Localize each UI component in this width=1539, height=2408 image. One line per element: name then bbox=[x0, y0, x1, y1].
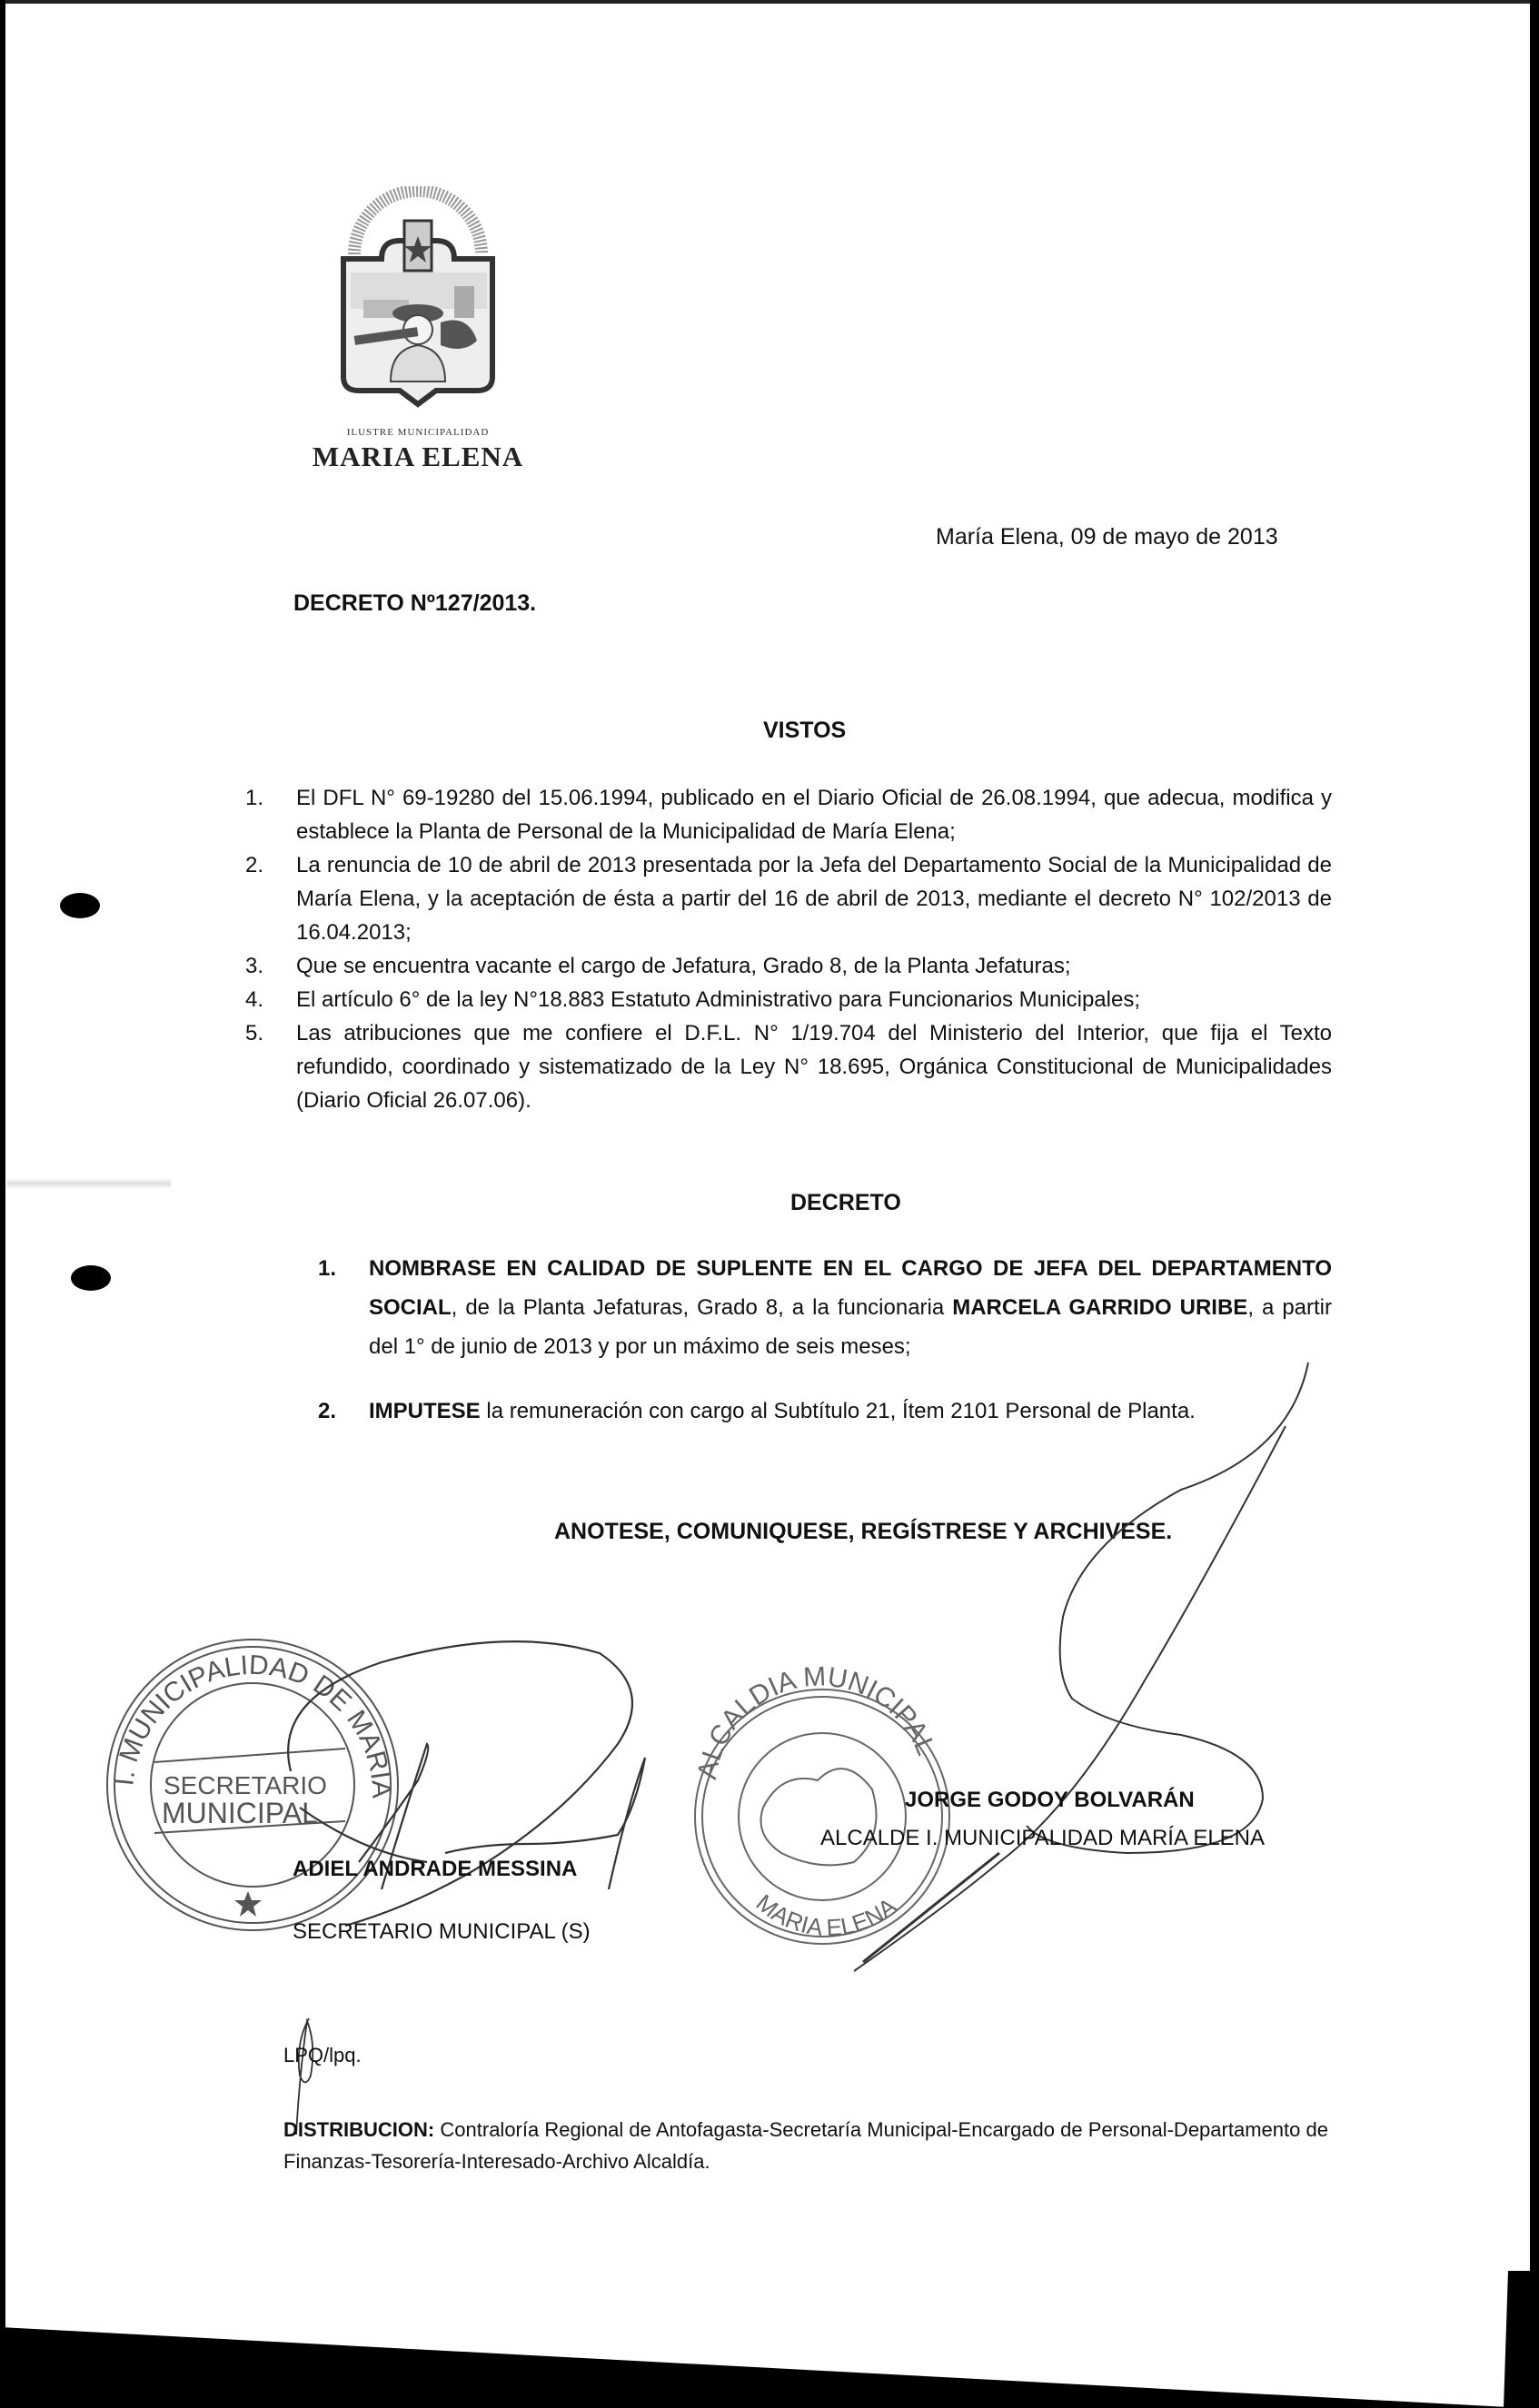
coat-of-arms-icon bbox=[327, 186, 509, 413]
item-text: Que se encuentra vacante el cargo de Jef… bbox=[296, 954, 1071, 978]
decreto-heading: DECRETO bbox=[790, 1190, 901, 1216]
item-number: 5. bbox=[245, 1016, 263, 1050]
scan-left-edge bbox=[0, 0, 5, 2408]
vistos-item: 5.Las atribuciones que me confiere el D.… bbox=[245, 1016, 1332, 1117]
mayor-name: JORGE GODOY BOLVARÁN bbox=[905, 1788, 1195, 1813]
item-number: 4. bbox=[245, 983, 263, 1016]
scan-right-edge bbox=[1530, 0, 1539, 2408]
item-text: La renuncia de 10 de abril de 2013 prese… bbox=[296, 853, 1332, 945]
punch-hole bbox=[60, 893, 100, 918]
scan-bottom-edge bbox=[0, 2271, 1539, 2408]
vistos-item: 3.Que se encuentra vacante el cargo de J… bbox=[245, 949, 1332, 983]
vistos-list: 1.El DFL N° 69-19280 del 15.06.1994, pub… bbox=[245, 781, 1332, 1117]
distribution-list: DISTRIBUCION: Contraloría Regional de An… bbox=[283, 2114, 1328, 2177]
vistos-heading: VISTOS bbox=[763, 718, 846, 744]
stamps-and-signatures: I. MUNICIPALIDAD DE MARIA ELENA SECRETAR… bbox=[0, 0, 1539, 2408]
closing-formula: ANOTESE, COMUNIQUESE, REGÍSTRESE Y ARCHI… bbox=[554, 1519, 1172, 1545]
item-number: 2. bbox=[245, 848, 263, 882]
secretary-title: SECRETARIO MUNICIPAL (S) bbox=[293, 1919, 591, 1945]
municipal-logo: ILUSTRE MUNICIPALIDAD MARIA ELENA bbox=[323, 186, 513, 450]
secretary-signature bbox=[288, 1641, 645, 1926]
item-number: 1. bbox=[245, 781, 263, 815]
document-date: María Elena, 09 de mayo de 2013 bbox=[936, 524, 1278, 550]
decreto-item: 1.NOMBRASE EN CALIDAD DE SUPLENTE EN EL … bbox=[318, 1249, 1332, 1366]
punch-hole bbox=[71, 1265, 111, 1291]
item-text: la remuneración con cargo al Subtítulo 2… bbox=[481, 1399, 1196, 1423]
scan-streak bbox=[7, 1178, 171, 1189]
secretary-stamp-line1: SECRETARIO bbox=[164, 1771, 327, 1799]
item-text: El DFL N° 69-19280 del 15.06.1994, publi… bbox=[296, 786, 1332, 844]
item-number: 1. bbox=[318, 1249, 336, 1288]
scan-top-edge bbox=[0, 0, 1539, 4]
distribution-label: DISTRIBUCION: bbox=[283, 2118, 434, 2141]
item-number: 2. bbox=[318, 1392, 336, 1431]
typist-initials: LPQ/lpq. bbox=[283, 2044, 362, 2067]
mayor-stamp-top-text: ALCALDIA MUNICIPAL bbox=[692, 1661, 941, 1781]
decreto-item: 2.IMPUTESE la remuneración con cargo al … bbox=[318, 1392, 1332, 1431]
item-number: 3. bbox=[245, 949, 263, 983]
mayor-stamp-bottom-text: MARIA ELENA bbox=[751, 1888, 902, 1941]
item-text: , de la Planta Jefaturas, Grado 8, a la … bbox=[452, 1295, 953, 1320]
distribution-text: Contraloría Regional de Antofagasta-Secr… bbox=[283, 2118, 1328, 2173]
item-bold-lead: IMPUTESE bbox=[369, 1399, 481, 1423]
vistos-item: 1.El DFL N° 69-19280 del 15.06.1994, pub… bbox=[245, 781, 1332, 848]
mayor-title: ALCALDE I. MUNICIPALIDAD MARÍA ELENA bbox=[820, 1826, 1265, 1851]
star-icon bbox=[234, 1891, 262, 1917]
item-text: Las atribuciones que me confiere el D.F.… bbox=[296, 1021, 1332, 1113]
mayor-stamp bbox=[695, 1690, 949, 1944]
secretary-stamp bbox=[107, 1640, 398, 1930]
logo-name: MARIA ELENA bbox=[304, 441, 531, 473]
secretary-stamp-line2: MUNICIPAL bbox=[162, 1797, 318, 1829]
secretary-name: ADIEL ANDRADE MESSINA bbox=[293, 1857, 577, 1882]
vistos-item: 4.El artículo 6° de la ley N°18.883 Esta… bbox=[245, 983, 1332, 1016]
appointee-name: MARCELA GARRIDO URIBE bbox=[952, 1295, 1247, 1320]
decree-number: DECRETO Nº127/2013. bbox=[293, 590, 536, 617]
item-text: El artículo 6° de la ley N°18.883 Estatu… bbox=[296, 987, 1140, 1012]
logo-subtitle: ILUSTRE MUNICIPALIDAD bbox=[323, 427, 513, 438]
decreto-list: 1.NOMBRASE EN CALIDAD DE SUPLENTE EN EL … bbox=[318, 1249, 1332, 1456]
vistos-item: 2.La renuncia de 10 de abril de 2013 pre… bbox=[245, 848, 1332, 949]
